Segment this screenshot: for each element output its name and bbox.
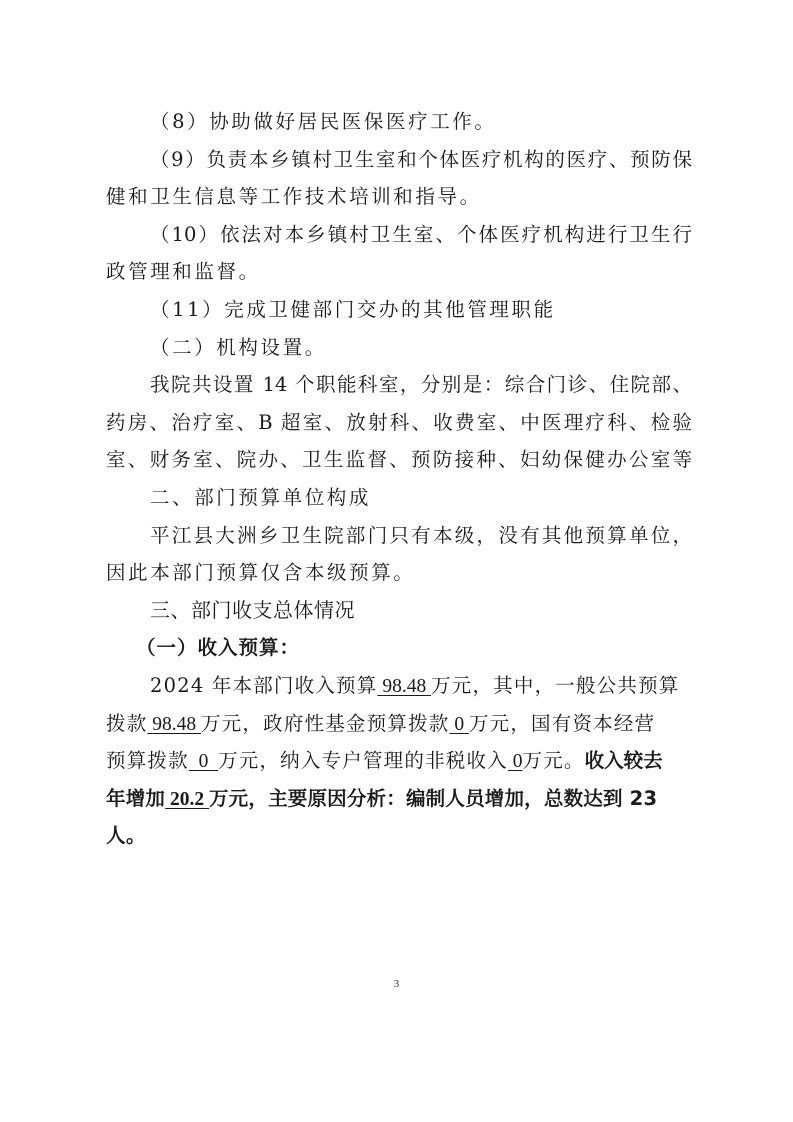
general-budget-value: 98.48 [147, 714, 201, 735]
units-paragraph-line-1: 平江县大洲乡卫生院部门只有本级，没有其他预算单位， [106, 517, 692, 555]
income-line-5: 人。 [106, 817, 692, 855]
income-line-3: 预算拨款 0 万元，纳入专户管理的非税收入 0万元。收入较去 [106, 742, 692, 780]
income-total-value: 98.48 [377, 676, 431, 697]
page-number: 3 [0, 978, 793, 990]
income-text: 2024 年本部门收入预算 [150, 674, 377, 697]
section-heading-3: 三、部门收支总体情况 [106, 592, 692, 630]
income-text: 预算拨款 [106, 749, 189, 772]
income-line-2: 拨款 98.48 万元，政府性基金预算拨款 0 万元，国有资本经营 [106, 705, 692, 743]
document-body: （8）协助做好居民医保医疗工作。 （9）负责本乡镇村卫生室和个体医疗机构的医疗、… [106, 103, 692, 855]
state-capital-value: 0 [189, 751, 218, 772]
income-line-1: 2024 年本部门收入预算 98.48 万元，其中，一般公共预算 [106, 667, 692, 705]
list-item-10-line-1: （10）依法对本乡镇村卫生室、个体医疗机构进行卫生行 [106, 216, 692, 254]
units-paragraph-line-2: 因此本部门预算仅含本级预算。 [106, 554, 692, 592]
org-paragraph-line-2: 药房、治疗室、B 超室、放射科、收费室、中医理疗科、检验 [106, 404, 692, 442]
income-increase-value: 20.2 [165, 789, 209, 810]
income-text: 万元，政府性基金预算拨款 [201, 712, 449, 735]
gov-fund-value: 0 [449, 714, 469, 735]
income-text: 万元，国有资本经营 [469, 712, 655, 735]
list-item-9-line-2: 健和卫生信息等工作技术培训和指导。 [106, 178, 692, 216]
subheading-org-setup: （二）机构设置。 [106, 329, 692, 367]
income-change-text: 收入较去 [585, 749, 663, 772]
list-item-10-line-2: 政管理和监督。 [106, 253, 692, 291]
income-text: 万元。 [523, 749, 585, 772]
list-item-11: （11）完成卫健部门交办的其他管理职能 [106, 291, 692, 329]
income-change-text: 年增加 [106, 787, 165, 810]
income-text: 万元，纳入专户管理的非税收入 [218, 749, 508, 772]
org-paragraph-line-1: 我院共设置 14 个职能科室，分别是：综合门诊、住院部、 [106, 366, 692, 404]
income-line-4: 年增加 20.2 万元，主要原因分析：编制人员增加，总数达到 23 [106, 780, 692, 818]
income-change-reason: 万元，主要原因分析：编制人员增加，总数达到 23 [209, 787, 657, 810]
income-heading: （一）收入预算： [106, 629, 692, 667]
list-item-9-line-1: （9）负责本乡镇村卫生室和个体医疗机构的医疗、预防保 [106, 141, 692, 179]
section-heading-2: 二、部门预算单位构成 [106, 479, 692, 517]
document-page: （8）协助做好居民医保医疗工作。 （9）负责本乡镇村卫生室和个体医疗机构的医疗、… [0, 0, 793, 1122]
list-item-8: （8）协助做好居民医保医疗工作。 [106, 103, 692, 141]
income-text: 万元，其中，一般公共预算 [431, 674, 679, 697]
org-paragraph-line-3: 室、财务室、院办、卫生监督、预防接种、妇幼保健办公室等 [106, 441, 692, 479]
non-tax-value: 0 [508, 751, 523, 772]
income-text: 拨款 [106, 712, 147, 735]
